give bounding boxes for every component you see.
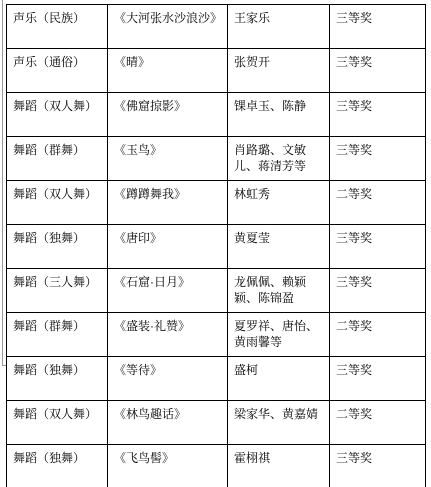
table-row: 舞蹈（三人舞） 《石窟·日月》 龙佩佩、赖颖颖、陈锦盈 三等奖	[7, 269, 426, 313]
cell-performers: 梁家华、黄嘉婧	[228, 401, 330, 445]
cell-performers: 肖路璐、文敏儿、蒋清芳等	[228, 137, 330, 181]
table-row: 舞蹈（独舞） 《等待》 盛柯 三等奖	[7, 357, 426, 401]
cell-work: 《飞鸟髻》	[108, 445, 228, 487]
cell-work: 《佛窟掠影》	[108, 93, 228, 137]
awards-results-table: 声乐（民族） 《大河张水沙浪沙》 王家乐 三等奖 声乐（通俗） 《晴》 张贺开 …	[6, 4, 426, 487]
cell-category: 舞蹈（群舞）	[7, 137, 108, 181]
cell-category: 声乐（民族）	[7, 5, 108, 49]
cell-award: 三等奖	[330, 357, 426, 401]
table-row: 舞蹈（独舞） 《唐印》 黄夏莹 三等奖	[7, 225, 426, 269]
cell-category: 舞蹈（独舞）	[7, 225, 108, 269]
cell-performers: 张贺开	[228, 49, 330, 93]
cell-work: 《蹲蹲舞我》	[108, 181, 228, 225]
cell-award: 三等奖	[330, 137, 426, 181]
cell-category: 舞蹈（双人舞）	[7, 401, 108, 445]
cell-award: 二等奖	[330, 181, 426, 225]
cell-award: 三等奖	[330, 225, 426, 269]
cell-category: 舞蹈（群舞）	[7, 313, 108, 357]
cell-award: 三等奖	[330, 269, 426, 313]
table-row: 舞蹈（双人舞） 《佛窟掠影》 锞卓玉、陈静 三等奖	[7, 93, 426, 137]
table-row: 声乐（通俗） 《晴》 张贺开 三等奖	[7, 49, 426, 93]
document-page: 声乐（民族） 《大河张水沙浪沙》 王家乐 三等奖 声乐（通俗） 《晴》 张贺开 …	[0, 0, 431, 487]
cell-award: 三等奖	[330, 445, 426, 487]
cell-category: 声乐（通俗）	[7, 49, 108, 93]
cell-work: 《大河张水沙浪沙》	[108, 5, 228, 49]
cell-performers: 盛柯	[228, 357, 330, 401]
cell-performers: 霍栩祺	[228, 445, 330, 487]
cell-work: 《林鸟趣话》	[108, 401, 228, 445]
cell-performers: 夏罗祥、唐怡、黄雨馨等	[228, 313, 330, 357]
cell-award: 三等奖	[330, 93, 426, 137]
cell-performers: 黄夏莹	[228, 225, 330, 269]
cell-performers: 龙佩佩、赖颖颖、陈锦盈	[228, 269, 330, 313]
cell-category: 舞蹈（三人舞）	[7, 269, 108, 313]
cell-award: 三等奖	[330, 49, 426, 93]
table-row: 舞蹈（群舞） 《盛装·礼赞》 夏罗祥、唐怡、黄雨馨等 二等奖	[7, 313, 426, 357]
cell-work: 《等待》	[108, 357, 228, 401]
cell-performers: 林虹秀	[228, 181, 330, 225]
cell-work: 《玉鸟》	[108, 137, 228, 181]
cell-category: 舞蹈（独舞）	[7, 357, 108, 401]
cell-category: 舞蹈（独舞）	[7, 445, 108, 487]
table-row: 舞蹈（独舞） 《飞鸟髻》 霍栩祺 三等奖	[7, 445, 426, 487]
cell-work: 《唐印》	[108, 225, 228, 269]
table-row: 舞蹈（双人舞） 《蹲蹲舞我》 林虹秀 二等奖	[7, 181, 426, 225]
cell-work: 《晴》	[108, 49, 228, 93]
cell-performers: 王家乐	[228, 5, 330, 49]
cell-category: 舞蹈（双人舞）	[7, 93, 108, 137]
cell-award: 三等奖	[330, 5, 426, 49]
left-margin-guide-line	[2, 0, 3, 366]
cell-award: 二等奖	[330, 313, 426, 357]
table-row: 声乐（民族） 《大河张水沙浪沙》 王家乐 三等奖	[7, 5, 426, 49]
cell-award: 二等奖	[330, 401, 426, 445]
cell-performers: 锞卓玉、陈静	[228, 93, 330, 137]
cell-work: 《石窟·日月》	[108, 269, 228, 313]
cell-category: 舞蹈（双人舞）	[7, 181, 108, 225]
cell-work: 《盛装·礼赞》	[108, 313, 228, 357]
table-row: 舞蹈（双人舞） 《林鸟趣话》 梁家华、黄嘉婧 二等奖	[7, 401, 426, 445]
table-row: 舞蹈（群舞） 《玉鸟》 肖路璐、文敏儿、蒋清芳等 三等奖	[7, 137, 426, 181]
